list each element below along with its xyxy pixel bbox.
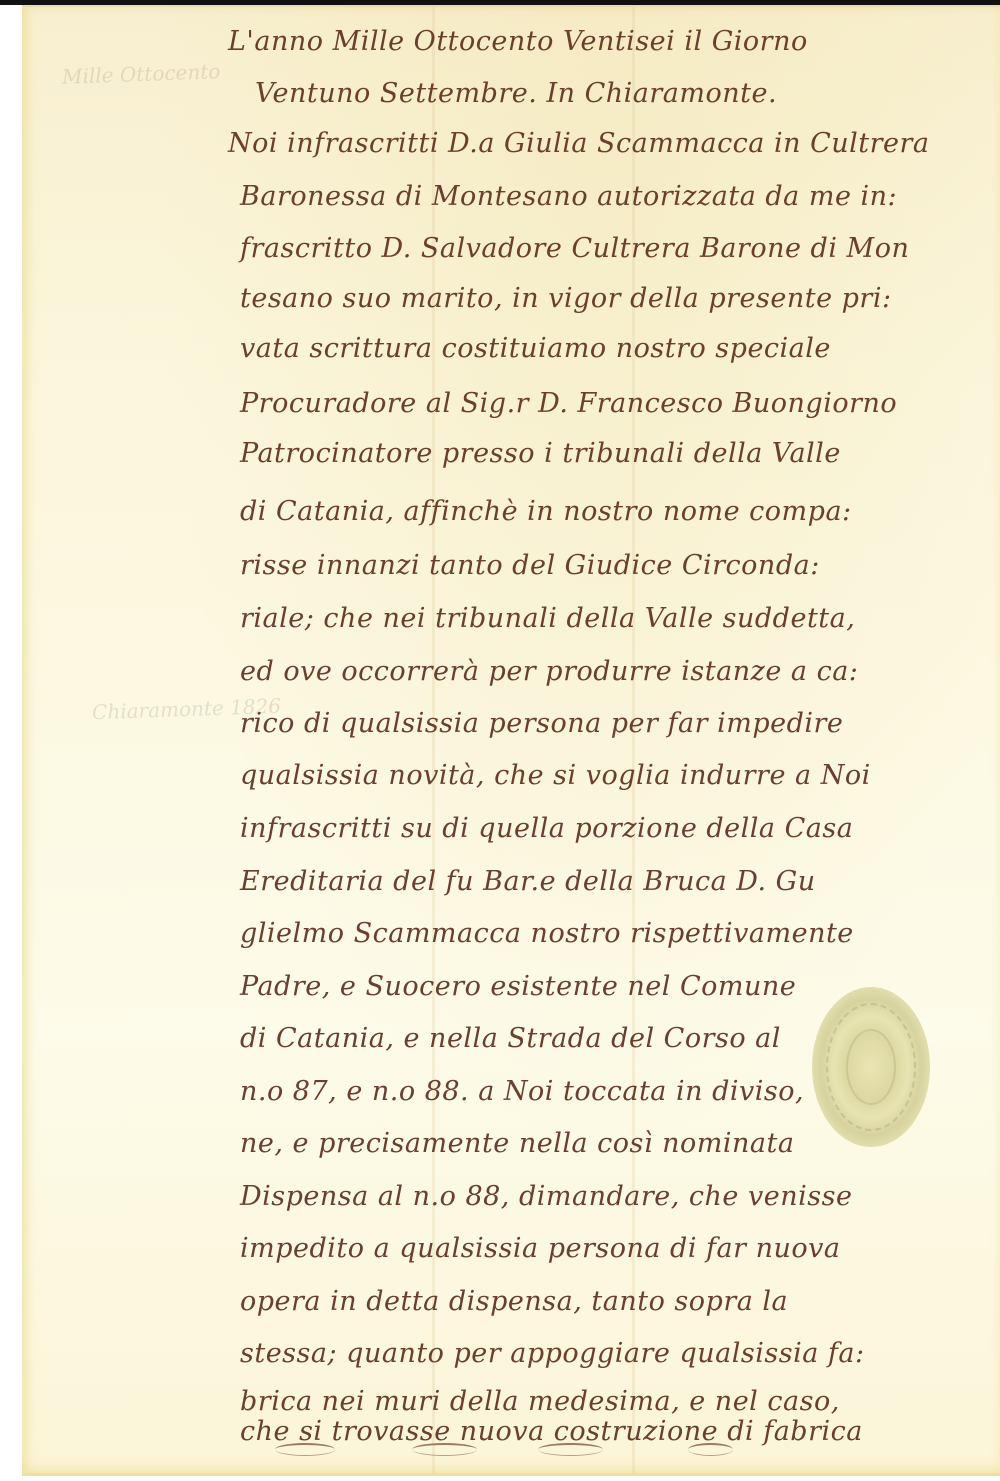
text-line: Padre, e Suocero esistente nel Comune	[240, 973, 796, 1000]
bleed-through-text: Mille Ottocento	[62, 59, 221, 89]
text-line: stessa; quanto per appoggiare qualsissia…	[240, 1340, 865, 1367]
text-line: Ventuno Settembre. In Chiaramonte.	[255, 80, 777, 107]
text-line: opera in detta dispensa, tanto sopra la	[240, 1288, 788, 1315]
text-line: Procuradore al Sig.r D. Francesco Buongi…	[240, 390, 897, 417]
text-line: di Catania, e nella Strada del Corso al	[240, 1025, 781, 1052]
text-line: riale; che nei tribunali della Valle sud…	[240, 605, 855, 632]
text-line: infrascritti su di quella porzione della…	[240, 815, 853, 842]
text-line: di Catania, affinchè in nostro nome comp…	[240, 498, 852, 525]
underline-flourish	[275, 1443, 335, 1456]
text-line: qualsissia novità, che si voglia indurre…	[240, 762, 871, 789]
text-line: glielmo Scammacca nostro rispettivamente	[240, 920, 854, 947]
underline-flourish	[688, 1443, 733, 1456]
text-line: n.o 87, e n.o 88. a Noi toccata in divis…	[240, 1078, 804, 1105]
text-line: rico di qualsissia persona per far imped…	[240, 710, 843, 737]
text-line: tesano suo marito, in vigor della presen…	[240, 285, 892, 312]
text-line: L'anno Mille Ottocento Ventisei il Giorn…	[228, 28, 808, 55]
underline-flourish	[538, 1443, 603, 1456]
text-line: brica nei muri della medesima, e nel cas…	[240, 1388, 840, 1415]
text-line: Ereditaria del fu Bar.e della Bruca D. G…	[240, 868, 816, 895]
embossed-seal-icon	[812, 987, 930, 1147]
text-line: vata scrittura costituiamo nostro specia…	[240, 335, 831, 362]
text-line: Patrocinatore presso i tribunali della V…	[240, 440, 841, 467]
text-line: Baronessa di Montesano autorizzata da me…	[240, 183, 897, 210]
text-line: impedito a qualsissia persona di far nuo…	[240, 1235, 841, 1262]
text-line: ed ove occorrerà per produrre istanze a …	[240, 658, 858, 685]
text-line: risse innanzi tanto del Giudice Circonda…	[240, 552, 820, 579]
text-line: Dispensa al n.o 88, dimandare, che venis…	[240, 1183, 852, 1210]
text-line: Noi infrascritti D.a Giulia Scammacca in…	[228, 130, 930, 157]
underline-flourish	[412, 1443, 477, 1456]
text-line: frascritto D. Salvadore Cultrera Barone …	[240, 235, 909, 262]
text-line: ne, e precisamente nella così nominata	[240, 1130, 794, 1157]
text-line: che si trovasse nuova costruzione di fab…	[240, 1418, 863, 1445]
